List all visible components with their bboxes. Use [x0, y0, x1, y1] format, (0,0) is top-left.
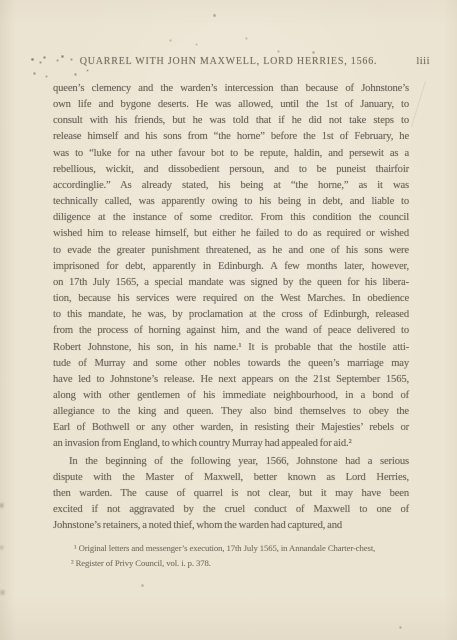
text-line: technically called, was apparently owing… [53, 194, 409, 210]
page-header: QUARREL WITH JOHN MAXWELL, LORD HERRIES,… [0, 56, 457, 70]
text-line: tude of Murray and some other nobles tow… [53, 356, 409, 372]
text-line: then warden. The cause of quarrel is not… [53, 486, 409, 502]
text-line: accordinglie.” As already stated, his be… [53, 178, 409, 194]
page-body: queen’s clemency and the warden’s interc… [53, 81, 409, 534]
text-line: diligence at the instance of some credit… [53, 210, 409, 226]
footnote: ¹ Original letters and messenger’s execu… [71, 541, 443, 556]
text-line: have led to Johnstone’s release. He next… [53, 372, 409, 388]
text-line: from the process of horning against him,… [53, 323, 409, 339]
text-line: allegiance to the king and queen. They a… [53, 404, 409, 420]
footnote: ² Register of Privy Council, vol. i. p. … [71, 556, 443, 571]
text-line: rebellious, wickit, and dissobedient per… [53, 162, 409, 178]
text-line: Robert Johnstone, his son, in his name.¹… [53, 340, 409, 356]
paragraph: In the beginning of the following year, … [53, 454, 409, 535]
text-line: consult with his friends, but he was tol… [53, 113, 409, 129]
text-line: wished him to release himself, but eithe… [53, 226, 409, 242]
text-line: imprisoned for debt, apparently in Edinb… [53, 259, 409, 275]
text-line: release himself and his sons from “the h… [53, 129, 409, 145]
text-line: to this mandate, he was, by proclamation… [53, 307, 409, 323]
text-line: excited if not aggravated by the cruel c… [53, 502, 409, 518]
text-line: was to “luke for na uther favour bot to … [53, 146, 409, 162]
text-line: an invasion from England, to which count… [53, 436, 409, 452]
text-line: Johnstone’s retainers, a noted thief, wh… [53, 518, 409, 534]
text-line: dispute with the Master of Maxwell, bett… [53, 470, 409, 486]
footnotes: ¹ Original letters and messenger’s execu… [71, 541, 443, 572]
page-number: liii [416, 56, 430, 67]
scanned-book-page: QUARREL WITH JOHN MAXWELL, LORD HERRIES,… [0, 0, 457, 640]
text-line: tion, because his services were required… [53, 291, 409, 307]
text-line: along with other gentlemen of his immedi… [53, 388, 409, 404]
text-line: on 17th July 1565, a special mandate was… [53, 275, 409, 291]
paper-crease [411, 81, 426, 127]
running-title: QUARREL WITH JOHN MAXWELL, LORD HERRIES,… [80, 56, 378, 67]
text-line: own life and bygone deserts. He was allo… [53, 97, 409, 113]
text-line: In the beginning of the following year, … [53, 454, 409, 470]
paper-speckles [0, 0, 1, 1]
text-line: queen’s clemency and the warden’s interc… [53, 81, 409, 97]
paragraph-continuation: queen’s clemency and the warden’s interc… [53, 81, 409, 453]
text-line: Earl of Bothwell or any other warden, in… [53, 420, 409, 436]
text-line: to evade the greater punishment threaten… [53, 243, 409, 259]
